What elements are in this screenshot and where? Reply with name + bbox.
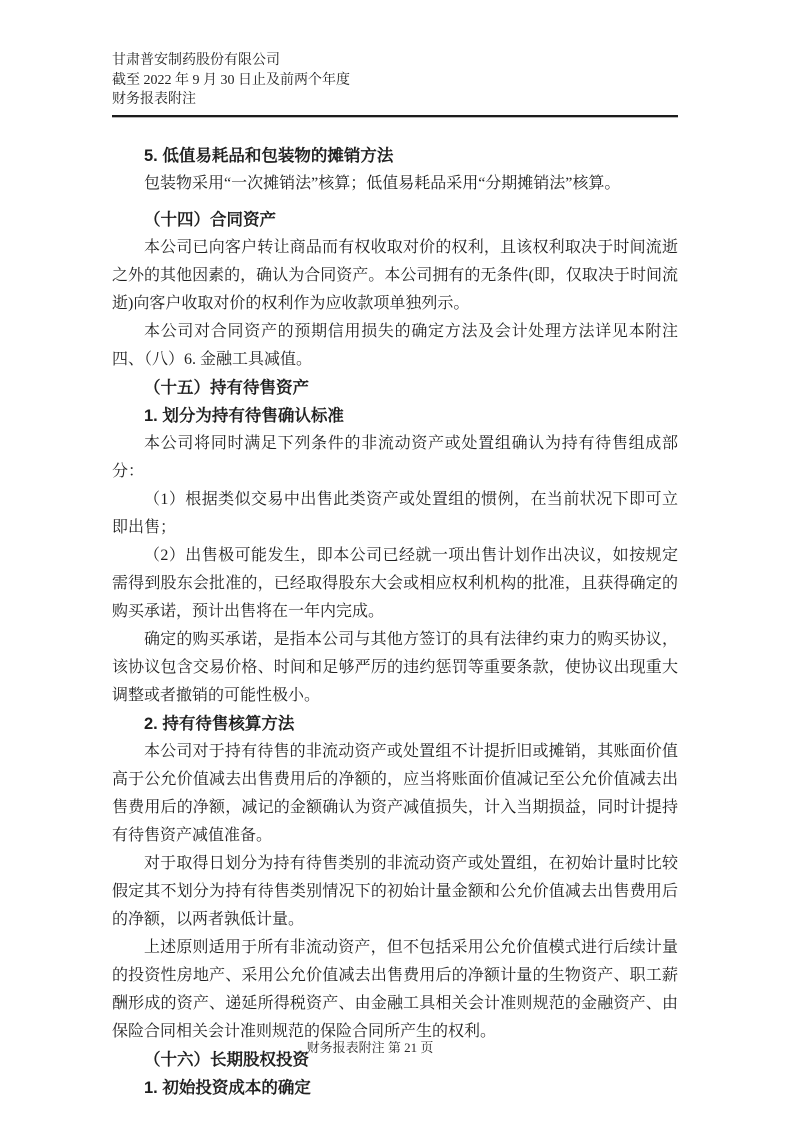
subsection-heading-accounting-method: 2. 持有待售核算方法	[112, 710, 678, 738]
section-heading-amortization-method: 5. 低值易耗品和包装物的摊销方法	[112, 142, 678, 170]
subsection-heading-initial-investment-cost: 1. 初始投资成本的确定	[112, 1074, 678, 1102]
header-divider	[112, 115, 678, 118]
list-item-2: （2）出售极可能发生，即本公司已经就一项出售计划作出决议，如按规定需得到股东会批…	[112, 542, 678, 626]
section-heading-contract-assets: （十四）合同资产	[112, 206, 678, 234]
section-heading-held-for-sale-assets: （十五）持有待售资产	[112, 374, 678, 402]
paragraph: 本公司对于持有待售的非流动资产或处置组不计提折旧或摊销，其账面价值高于公允价值减…	[112, 738, 678, 850]
paragraph: 本公司对合同资产的预期信用损失的确定方法及会计处理方法详见本附注四、（八）6. …	[112, 318, 678, 374]
page-footer: 财务报表附注 第 21 页	[112, 1038, 628, 1058]
company-name: 甘肃普安制药股份有限公司	[112, 51, 678, 71]
paragraph: 确定的购买承诺，是指本公司与其他方签订的具有法律约束力的购买协议，该协议包含交易…	[112, 626, 678, 710]
doc-title: 财务报表附注	[112, 90, 678, 110]
paragraph: 本公司已向客户转让商品而有权收取对价的权利，且该权利取决于时间流逝之外的其他因素…	[112, 234, 678, 318]
page-footer-text: 财务报表附注 第 21 页	[307, 1040, 434, 1055]
paragraph: 本公司将同时满足下列条件的非流动资产或处置组确认为持有待售组成部分：	[112, 430, 678, 486]
document-header: 甘肃普安制药股份有限公司 截至 2022 年 9 月 30 日止及前两个年度 财…	[112, 51, 678, 118]
document-body: 5. 低值易耗品和包装物的摊销方法 包装物采用“一次摊销法”核算；低值易耗品采用…	[112, 142, 678, 1102]
subsection-heading-classification-criteria: 1. 划分为持有待售确认标准	[112, 402, 678, 430]
document-page: 甘肃普安制药股份有限公司 截至 2022 年 9 月 30 日止及前两个年度 财…	[0, 0, 793, 1122]
paragraph: 上述原则适用于所有非流动资产，但不包括采用公允价值模式进行后续计量的投资性房地产…	[112, 934, 678, 1046]
list-item-1: （1）根据类似交易中出售此类资产或处置组的惯例，在当前状况下即可立即出售；	[112, 486, 678, 542]
paragraph: 对于取得日划分为持有待售类别的非流动资产或处置组，在初始计量时比较假定其不划分为…	[112, 850, 678, 934]
paragraph: 包装物采用“一次摊销法”核算；低值易耗品采用“分期摊销法”核算。	[112, 170, 678, 198]
report-period: 截至 2022 年 9 月 30 日止及前两个年度	[112, 71, 678, 91]
